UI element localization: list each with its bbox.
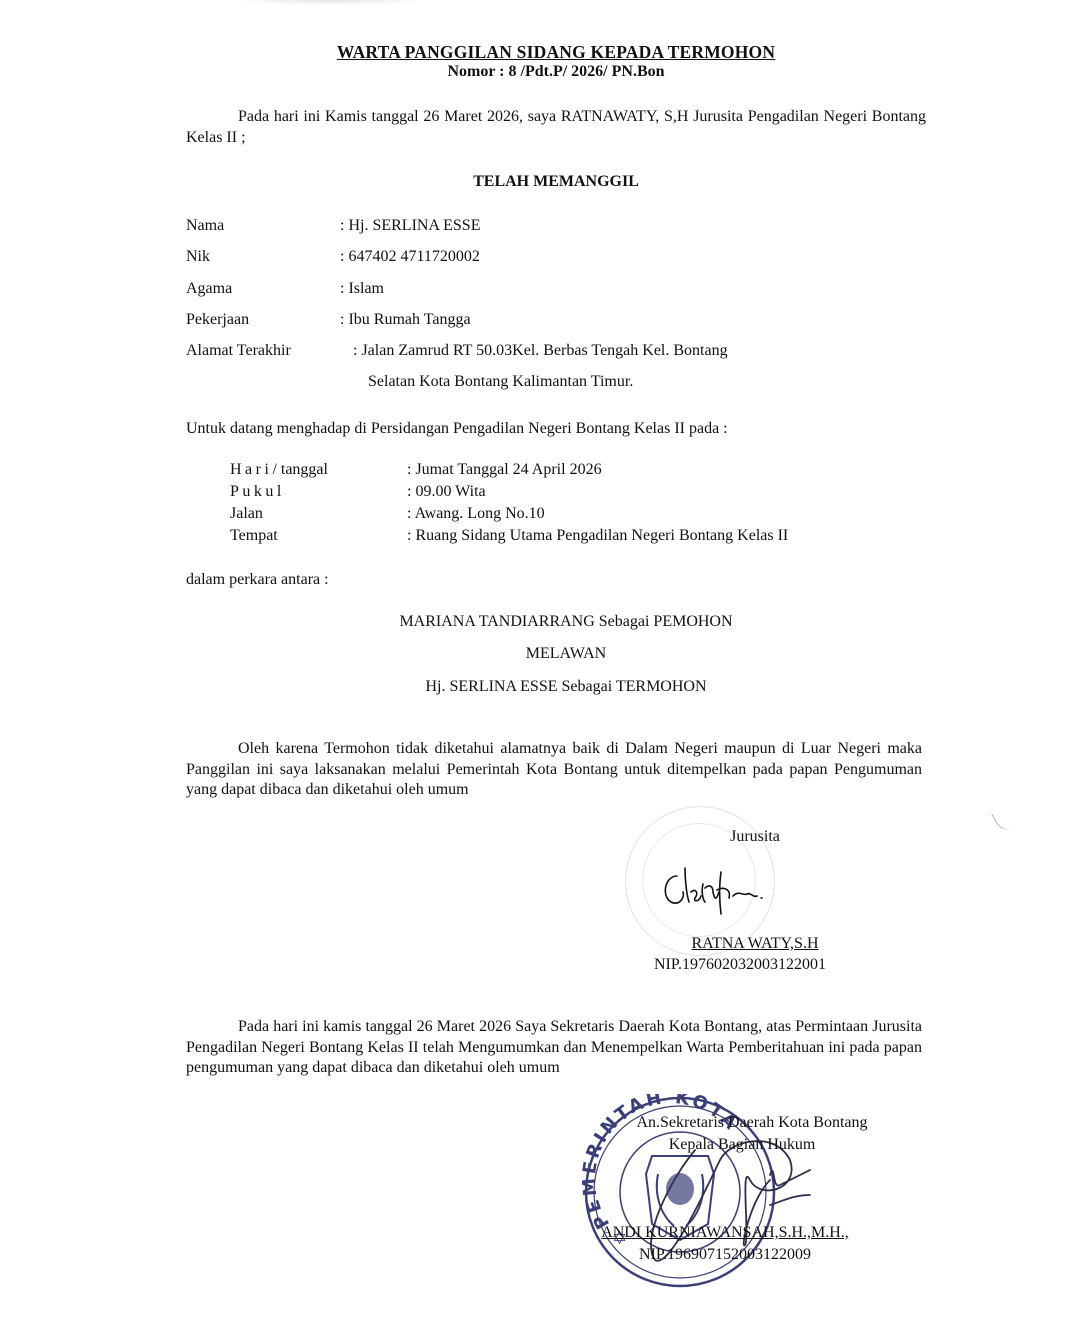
bailiff-signature: [655, 862, 805, 918]
document-number: Nomor : 8 /Pdt.P/ 2026/ PN.Bon: [0, 63, 1080, 81]
scan-shadow: [230, 0, 430, 6]
label-alamat: Alamat Terakhir: [186, 342, 291, 360]
label-agama: Agama: [186, 280, 232, 298]
value-pukul: : 09.00 Wita: [407, 483, 486, 501]
opening-paragraph: Pada hari ini Kamis tanggal 26 Maret 202…: [186, 107, 926, 148]
heading-telah-memanggil: TELAH MEMANGGIL: [0, 173, 1080, 191]
label-jalan: Jalan: [230, 505, 263, 523]
value-nama: : Hj. SERLINA ESSE: [340, 217, 480, 235]
scan-mark: [991, 809, 1012, 834]
hearing-intro: Untuk datang menghadap di Persidangan Pe…: [186, 420, 728, 438]
label-hari-tanggal: Hari/ tanggal: [230, 461, 328, 479]
value-jalan: : Awang. Long No.10: [407, 505, 545, 523]
document-title: WARTA PANGGILAN SIDANG KEPADA TERMOHON: [0, 42, 1080, 63]
secretary-nip: NIP.196907152003122009: [565, 1246, 885, 1264]
label-nama: Nama: [186, 217, 224, 235]
party-applicant: MARIANA TANDIARRANG Sebagai PEMOHON: [0, 613, 1080, 631]
value-hari-tanggal: : Jumat Tanggal 24 April 2026: [407, 461, 602, 479]
label-pukul: Pukul: [230, 483, 285, 501]
value-alamat: : Jalan Zamrud RT 50.03Kel. Berbas Tenga…: [353, 342, 728, 360]
value-nik: : 647402 4711720002: [340, 248, 480, 266]
label-tempat: Tempat: [230, 527, 278, 545]
announcement-paragraph: Pada hari ini kamis tanggal 26 Maret 202…: [186, 1017, 922, 1079]
value-agama: : Islam: [340, 280, 384, 298]
case-intro: dalam perkara antara :: [186, 571, 329, 589]
party-versus: MELAWAN: [0, 645, 1080, 663]
bailiff-name: RATNA WATY,S.H: [630, 935, 880, 953]
label-pekerjaan: Pekerjaan: [186, 311, 249, 329]
bailiff-nip: NIP.197602032003122001: [615, 956, 865, 974]
notice-paragraph: Oleh karena Termohon tidak diketahui ala…: [186, 739, 922, 801]
secretary-name: ANDI KURNIAWANSAH,S.H.,M.H.,: [565, 1224, 885, 1242]
label-nik: Nik: [186, 248, 210, 266]
bailiff-role: Jurusita: [630, 828, 880, 846]
value-tempat: : Ruang Sidang Utama Pengadilan Negeri B…: [407, 527, 788, 545]
secretary-line1: An.Sekretaris Daerah Kota Bontang: [592, 1114, 912, 1132]
value-pekerjaan: : Ibu Rumah Tangga: [340, 311, 471, 329]
party-respondent: Hj. SERLINA ESSE Sebagai TERMOHON: [0, 678, 1080, 696]
value-alamat-line2: Selatan Kota Bontang Kalimantan Timur.: [368, 373, 633, 391]
secretary-line2: Kepala Bagian Hukum: [582, 1136, 902, 1154]
